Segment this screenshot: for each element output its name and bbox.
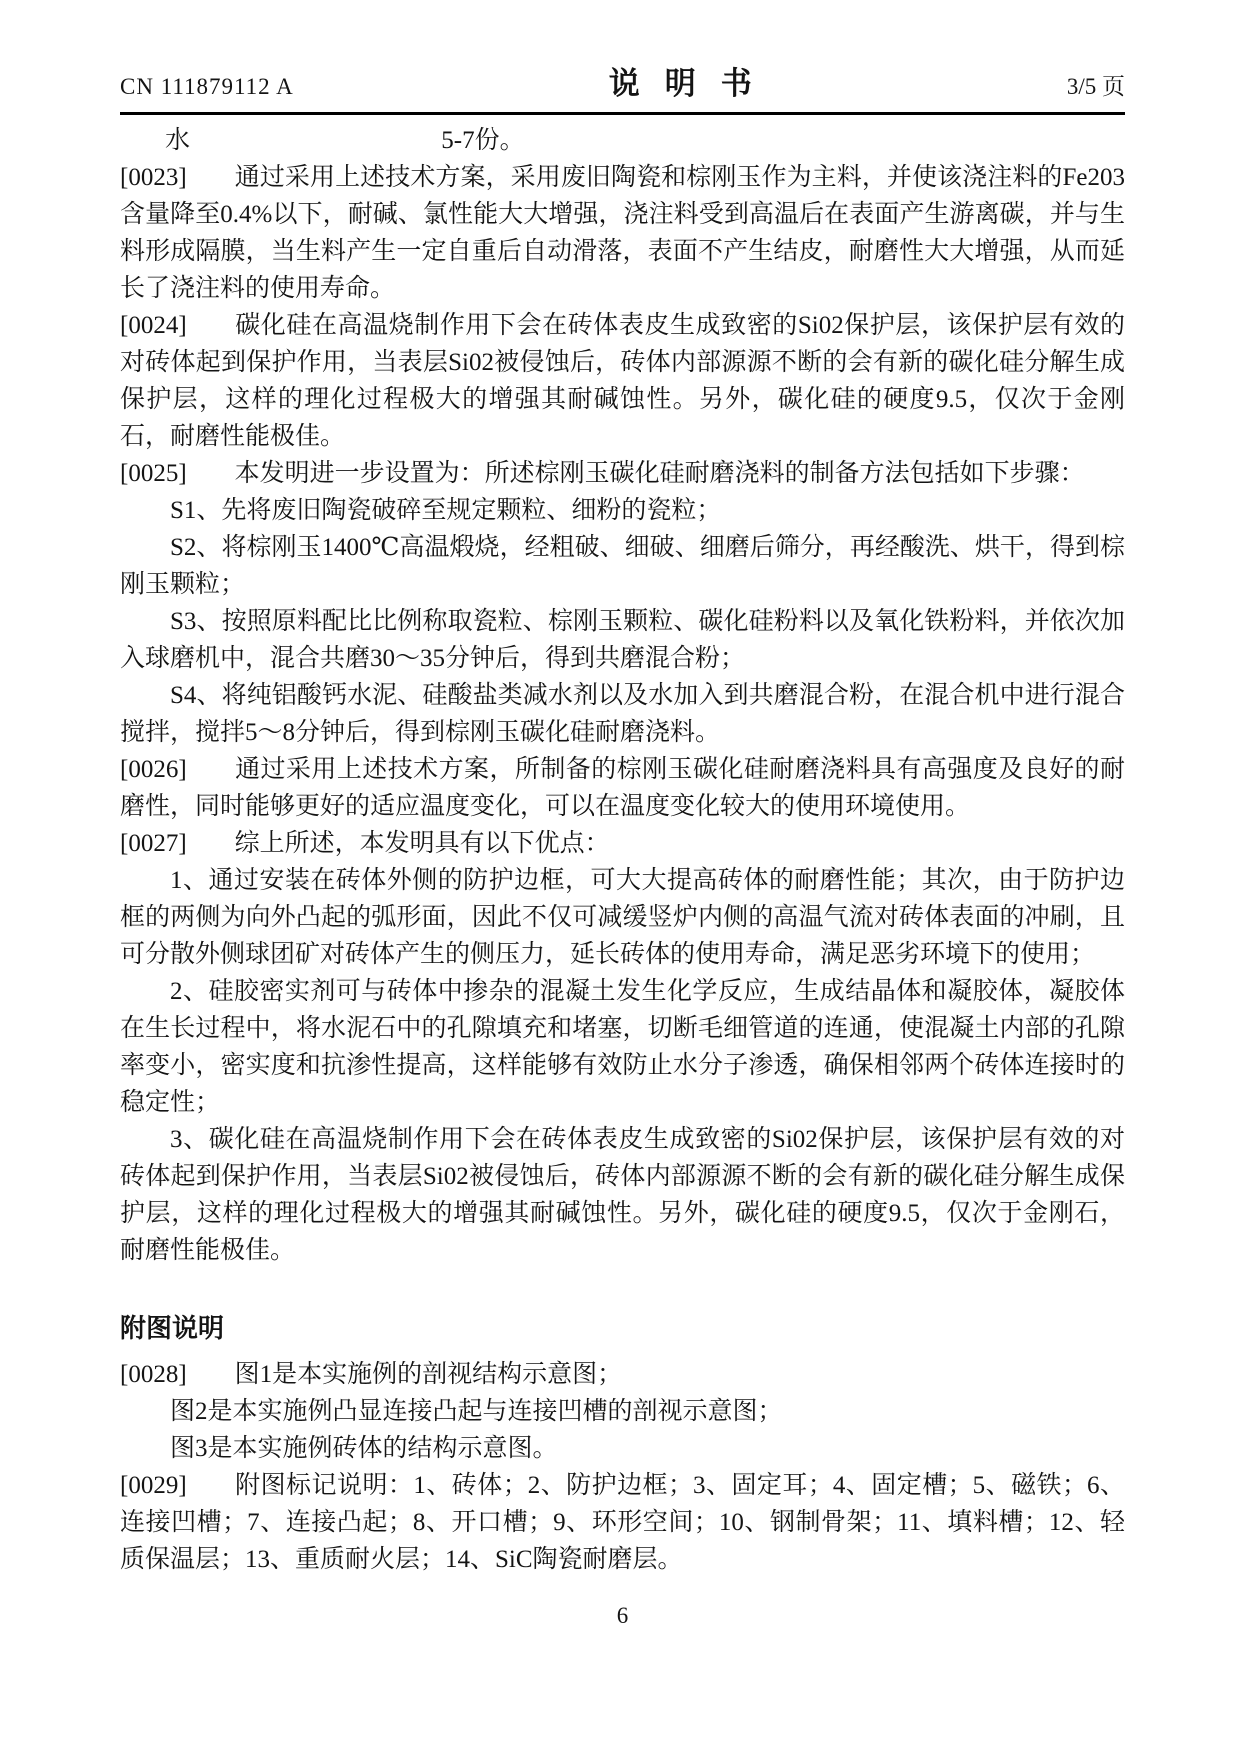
figure-section-heading: 附图说明 <box>120 1310 1125 1347</box>
document-title: 说明书 <box>609 58 777 103</box>
paragraph-text: 本发明进一步设置为：所述棕刚玉碳化硅耐磨浇料的制备方法包括如下步骤： <box>235 460 1085 487</box>
paragraph-tag: [0028] <box>120 1361 187 1388</box>
page-header: CN 111879112 A 说明书 3/5 页 <box>120 58 1125 103</box>
specification-body: 水 5-7份。 [0023]通过采用上述技术方案，采用废旧陶瓷和棕刚玉作为主料，… <box>120 122 1125 1578</box>
patent-specification-page: CN 111879112 A 说明书 3/5 页 水 5-7份。 [0023]通… <box>0 0 1240 1754</box>
advantage-1: 1、通过安装在砖体外侧的防护边框，可大大提高砖体的耐磨性能；其次，由于防护边框的… <box>120 862 1125 973</box>
ingredient-line: 水 5-7份。 <box>120 122 1125 159</box>
paragraph-0029: [0029]附图标记说明：1、砖体；2、防护边框；3、固定耳；4、固定槽；5、磁… <box>120 1467 1125 1578</box>
step-s2: S2、将棕刚玉1400℃高温煅烧，经粗破、细破、细磨后筛分，再经酸洗、烘干，得到… <box>120 529 1125 603</box>
paragraph-0028: [0028]图1是本实施例的剖视结构示意图； <box>120 1356 1125 1393</box>
paragraph-text: 图2是本实施例凸显连接凸起与连接凹槽的剖视示意图； <box>170 1398 783 1425</box>
figure-3-caption: 图3是本实施例砖体的结构示意图。 <box>120 1430 1125 1467</box>
document-number: CN 111879112 A <box>120 74 294 100</box>
paragraph-tag: [0027] <box>120 830 187 857</box>
figure-2-caption: 图2是本实施例凸显连接凸起与连接凹槽的剖视示意图； <box>120 1393 1125 1430</box>
paragraph-0025: [0025]本发明进一步设置为：所述棕刚玉碳化硅耐磨浇料的制备方法包括如下步骤： <box>120 455 1125 492</box>
page-indicator: 3/5 页 <box>1067 68 1125 101</box>
paragraph-text: 2、硅胶密实剂可与砖体中掺杂的混凝土发生化学反应，生成结晶体和凝胶体，凝胶体在生… <box>120 978 1125 1116</box>
paragraph-tag: [0024] <box>120 312 187 339</box>
paragraph-text: 碳化硅在高温烧制作用下会在砖体表皮生成致密的Si02保护层，该保护层有效的对砖体… <box>120 312 1125 450</box>
paragraph-text: 图1是本实施例的剖视结构示意图； <box>235 1361 623 1388</box>
paragraph-0026: [0026]通过采用上述技术方案，所制备的棕刚玉碳化硅耐磨浇料具有高强度及良好的… <box>120 751 1125 825</box>
paragraph-tag: [0026] <box>120 756 187 783</box>
paragraph-tag: [0023] <box>120 164 187 191</box>
header-rule <box>120 112 1125 115</box>
paragraph-text: 通过采用上述技术方案，所制备的棕刚玉碳化硅耐磨浇料具有高强度及良好的耐磨性，同时… <box>120 756 1125 820</box>
paragraph-tag: [0025] <box>120 460 187 487</box>
paragraph-text: S4、将纯铝酸钙水泥、硅酸盐类减水剂以及水加入到共磨混合粉，在混合机中进行混合搅… <box>120 682 1125 746</box>
paragraph-text: 通过采用上述技术方案，采用废旧陶瓷和棕刚玉作为主料，并使该浇注料的Fe203含量… <box>120 164 1125 302</box>
paragraph-0027: [0027]综上所述，本发明具有以下优点： <box>120 825 1125 862</box>
page-footer: 6 <box>120 1603 1125 1629</box>
paragraph-text: 3、碳化硅在高温烧制作用下会在砖体表皮生成致密的Si02保护层，该保护层有效的对… <box>120 1126 1125 1264</box>
page-number: 6 <box>617 1603 629 1628</box>
paragraph-text: 图3是本实施例砖体的结构示意图。 <box>170 1435 558 1462</box>
advantage-2: 2、硅胶密实剂可与砖体中掺杂的混凝土发生化学反应，生成结晶体和凝胶体，凝胶体在生… <box>120 973 1125 1121</box>
advantage-3: 3、碳化硅在高温烧制作用下会在砖体表皮生成致密的Si02保护层，该保护层有效的对… <box>120 1121 1125 1269</box>
paragraph-text: S3、按照原料配比比例称取瓷粒、棕刚玉颗粒、碳化硅粉料以及氧化铁粉料，并依次加入… <box>120 608 1125 672</box>
paragraph-text: 综上所述，本发明具有以下优点： <box>235 830 610 857</box>
step-s1: S1、先将废旧陶瓷破碎至规定颗粒、细粉的瓷粒； <box>120 492 1125 529</box>
paragraph-0023: [0023]通过采用上述技术方案，采用废旧陶瓷和棕刚玉作为主料，并使该浇注料的F… <box>120 159 1125 307</box>
ingredient-name: 水 <box>165 127 190 154</box>
paragraph-text: S1、先将废旧陶瓷破碎至规定颗粒、细粉的瓷粒； <box>170 497 721 524</box>
paragraph-tag: [0029] <box>120 1472 187 1499</box>
ingredient-amount: 5-7份。 <box>441 127 524 154</box>
paragraph-0024: [0024]碳化硅在高温烧制作用下会在砖体表皮生成致密的Si02保护层，该保护层… <box>120 307 1125 455</box>
paragraph-text: 1、通过安装在砖体外侧的防护边框，可大大提高砖体的耐磨性能；其次，由于防护边框的… <box>120 867 1125 968</box>
step-s3: S3、按照原料配比比例称取瓷粒、棕刚玉颗粒、碳化硅粉料以及氧化铁粉料，并依次加入… <box>120 603 1125 677</box>
step-s4: S4、将纯铝酸钙水泥、硅酸盐类减水剂以及水加入到共磨混合粉，在混合机中进行混合搅… <box>120 677 1125 751</box>
paragraph-text: S2、将棕刚玉1400℃高温煅烧，经粗破、细破、细磨后筛分，再经酸洗、烘干，得到… <box>120 534 1125 598</box>
paragraph-text: 附图标记说明：1、砖体；2、防护边框；3、固定耳；4、固定槽；5、磁铁；6、连接… <box>120 1472 1125 1573</box>
